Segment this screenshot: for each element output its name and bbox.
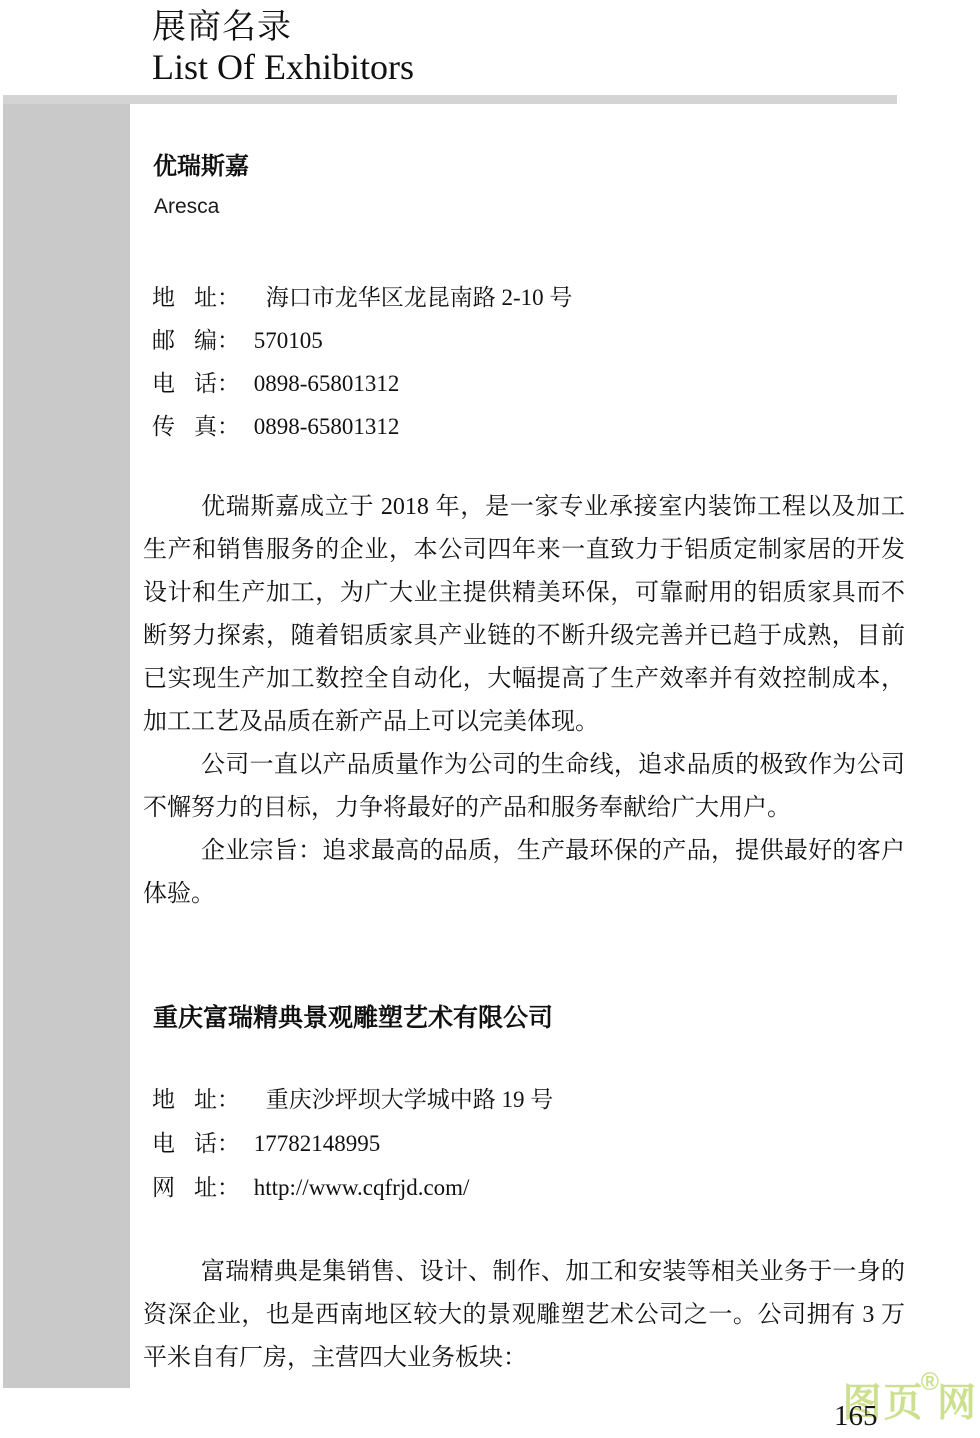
contact-value-fax: 0898-65801312	[254, 414, 400, 439]
exhibitor2-description: 富瑞精典是集销售、设计、制作、加工和安装等相关业务于一身的资深企业，也是西南地区…	[143, 1251, 905, 1380]
exhibitor1-name-cn: 优瑞斯嘉	[153, 152, 249, 182]
contact-label-char: 真：	[194, 405, 240, 448]
exhibitor1-name-en: Aresca	[154, 194, 219, 220]
contact-value-phone: 17782148995	[254, 1131, 381, 1156]
contact-label: 电 话：	[152, 1122, 240, 1166]
exhibitor2-contact-list: 地 址： 重庆沙坪坝大学城中路 19 号 电 话： 17782148995 网 …	[152, 1078, 553, 1210]
contact-label-char: 电	[152, 362, 175, 405]
description-paragraph: 富瑞精典是集销售、设计、制作、加工和安装等相关业务于一身的资深企业，也是西南地区…	[143, 1251, 905, 1380]
contact-value-zipcode: 570105	[254, 328, 323, 353]
contact-label-char: 址：	[194, 276, 240, 319]
contact-label: 电 话：	[152, 362, 240, 405]
contact-value-address: 海口市龙华区龙昆南路 2-10 号	[266, 285, 573, 310]
contact-label-char: 邮	[152, 319, 175, 362]
page-title-english: List Of Exhibitors	[152, 47, 414, 87]
contact-label: 传 真：	[152, 405, 240, 448]
contact-label-char: 址：	[194, 1078, 240, 1122]
contact-label-char: 编：	[194, 319, 240, 362]
description-paragraph: 公司一直以产品质量作为公司的生命线，追求品质的极致作为公司不懈努力的目标，力争将…	[143, 744, 905, 830]
description-paragraph: 优瑞斯嘉成立于 2018 年，是一家专业承接室内装饰工程以及加工生产和销售服务的…	[143, 486, 905, 744]
contact-value-address: 重庆沙坪坝大学城中路 19 号	[266, 1087, 554, 1112]
contact-label-char: 话：	[194, 1122, 240, 1166]
contact-row-address: 地 址： 重庆沙坪坝大学城中路 19 号	[152, 1078, 553, 1122]
contact-row-website: 网 址： http://www.cqfrjd.com/	[152, 1166, 553, 1210]
contact-value-phone: 0898-65801312	[254, 371, 400, 396]
registered-mark-icon: ®	[921, 1370, 939, 1395]
contact-row-phone: 电 话： 0898-65801312	[152, 362, 572, 405]
contact-row-phone: 电 话： 17782148995	[152, 1122, 553, 1166]
page-number: 165	[834, 1399, 878, 1433]
contact-value-website: http://www.cqfrjd.com/	[254, 1175, 470, 1200]
contact-label: 地 址：	[152, 276, 240, 319]
exhibitor1-contact-list: 地 址： 海口市龙华区龙昆南路 2-10 号 邮 编： 570105 电 话： …	[152, 276, 572, 448]
document-page: 展商名录 List Of Exhibitors 优瑞斯嘉 Aresca 地 址：…	[0, 0, 980, 1438]
contact-label-char: 址：	[194, 1166, 240, 1210]
watermark-text: 网	[937, 1383, 978, 1425]
contact-label-char: 网	[152, 1166, 175, 1210]
contact-label-char: 电	[152, 1122, 175, 1166]
description-paragraph: 企业宗旨：追求最高的品质，生产最环保的产品，提供最好的客户体验。	[143, 830, 905, 916]
contact-label: 网 址：	[152, 1166, 240, 1210]
page-title-chinese: 展商名录	[152, 8, 292, 48]
contact-row-address: 地 址： 海口市龙华区龙昆南路 2-10 号	[152, 276, 572, 319]
contact-label: 邮 编：	[152, 319, 240, 362]
exhibitor1-description: 优瑞斯嘉成立于 2018 年，是一家专业承接室内装饰工程以及加工生产和销售服务的…	[143, 486, 905, 916]
contact-label-char: 地	[152, 1078, 175, 1122]
contact-label-char: 地	[152, 276, 175, 319]
contact-row-zipcode: 邮 编： 570105	[152, 319, 572, 362]
contact-label: 地 址：	[152, 1078, 240, 1122]
top-divider-band	[3, 95, 897, 104]
contact-row-fax: 传 真： 0898-65801312	[152, 405, 572, 448]
contact-label-char: 话：	[194, 362, 240, 405]
contact-label-char: 传	[152, 405, 175, 448]
exhibitor2-name-cn: 重庆富瑞精典景观雕塑艺术有限公司	[153, 1003, 553, 1034]
left-margin-band	[3, 104, 130, 1388]
